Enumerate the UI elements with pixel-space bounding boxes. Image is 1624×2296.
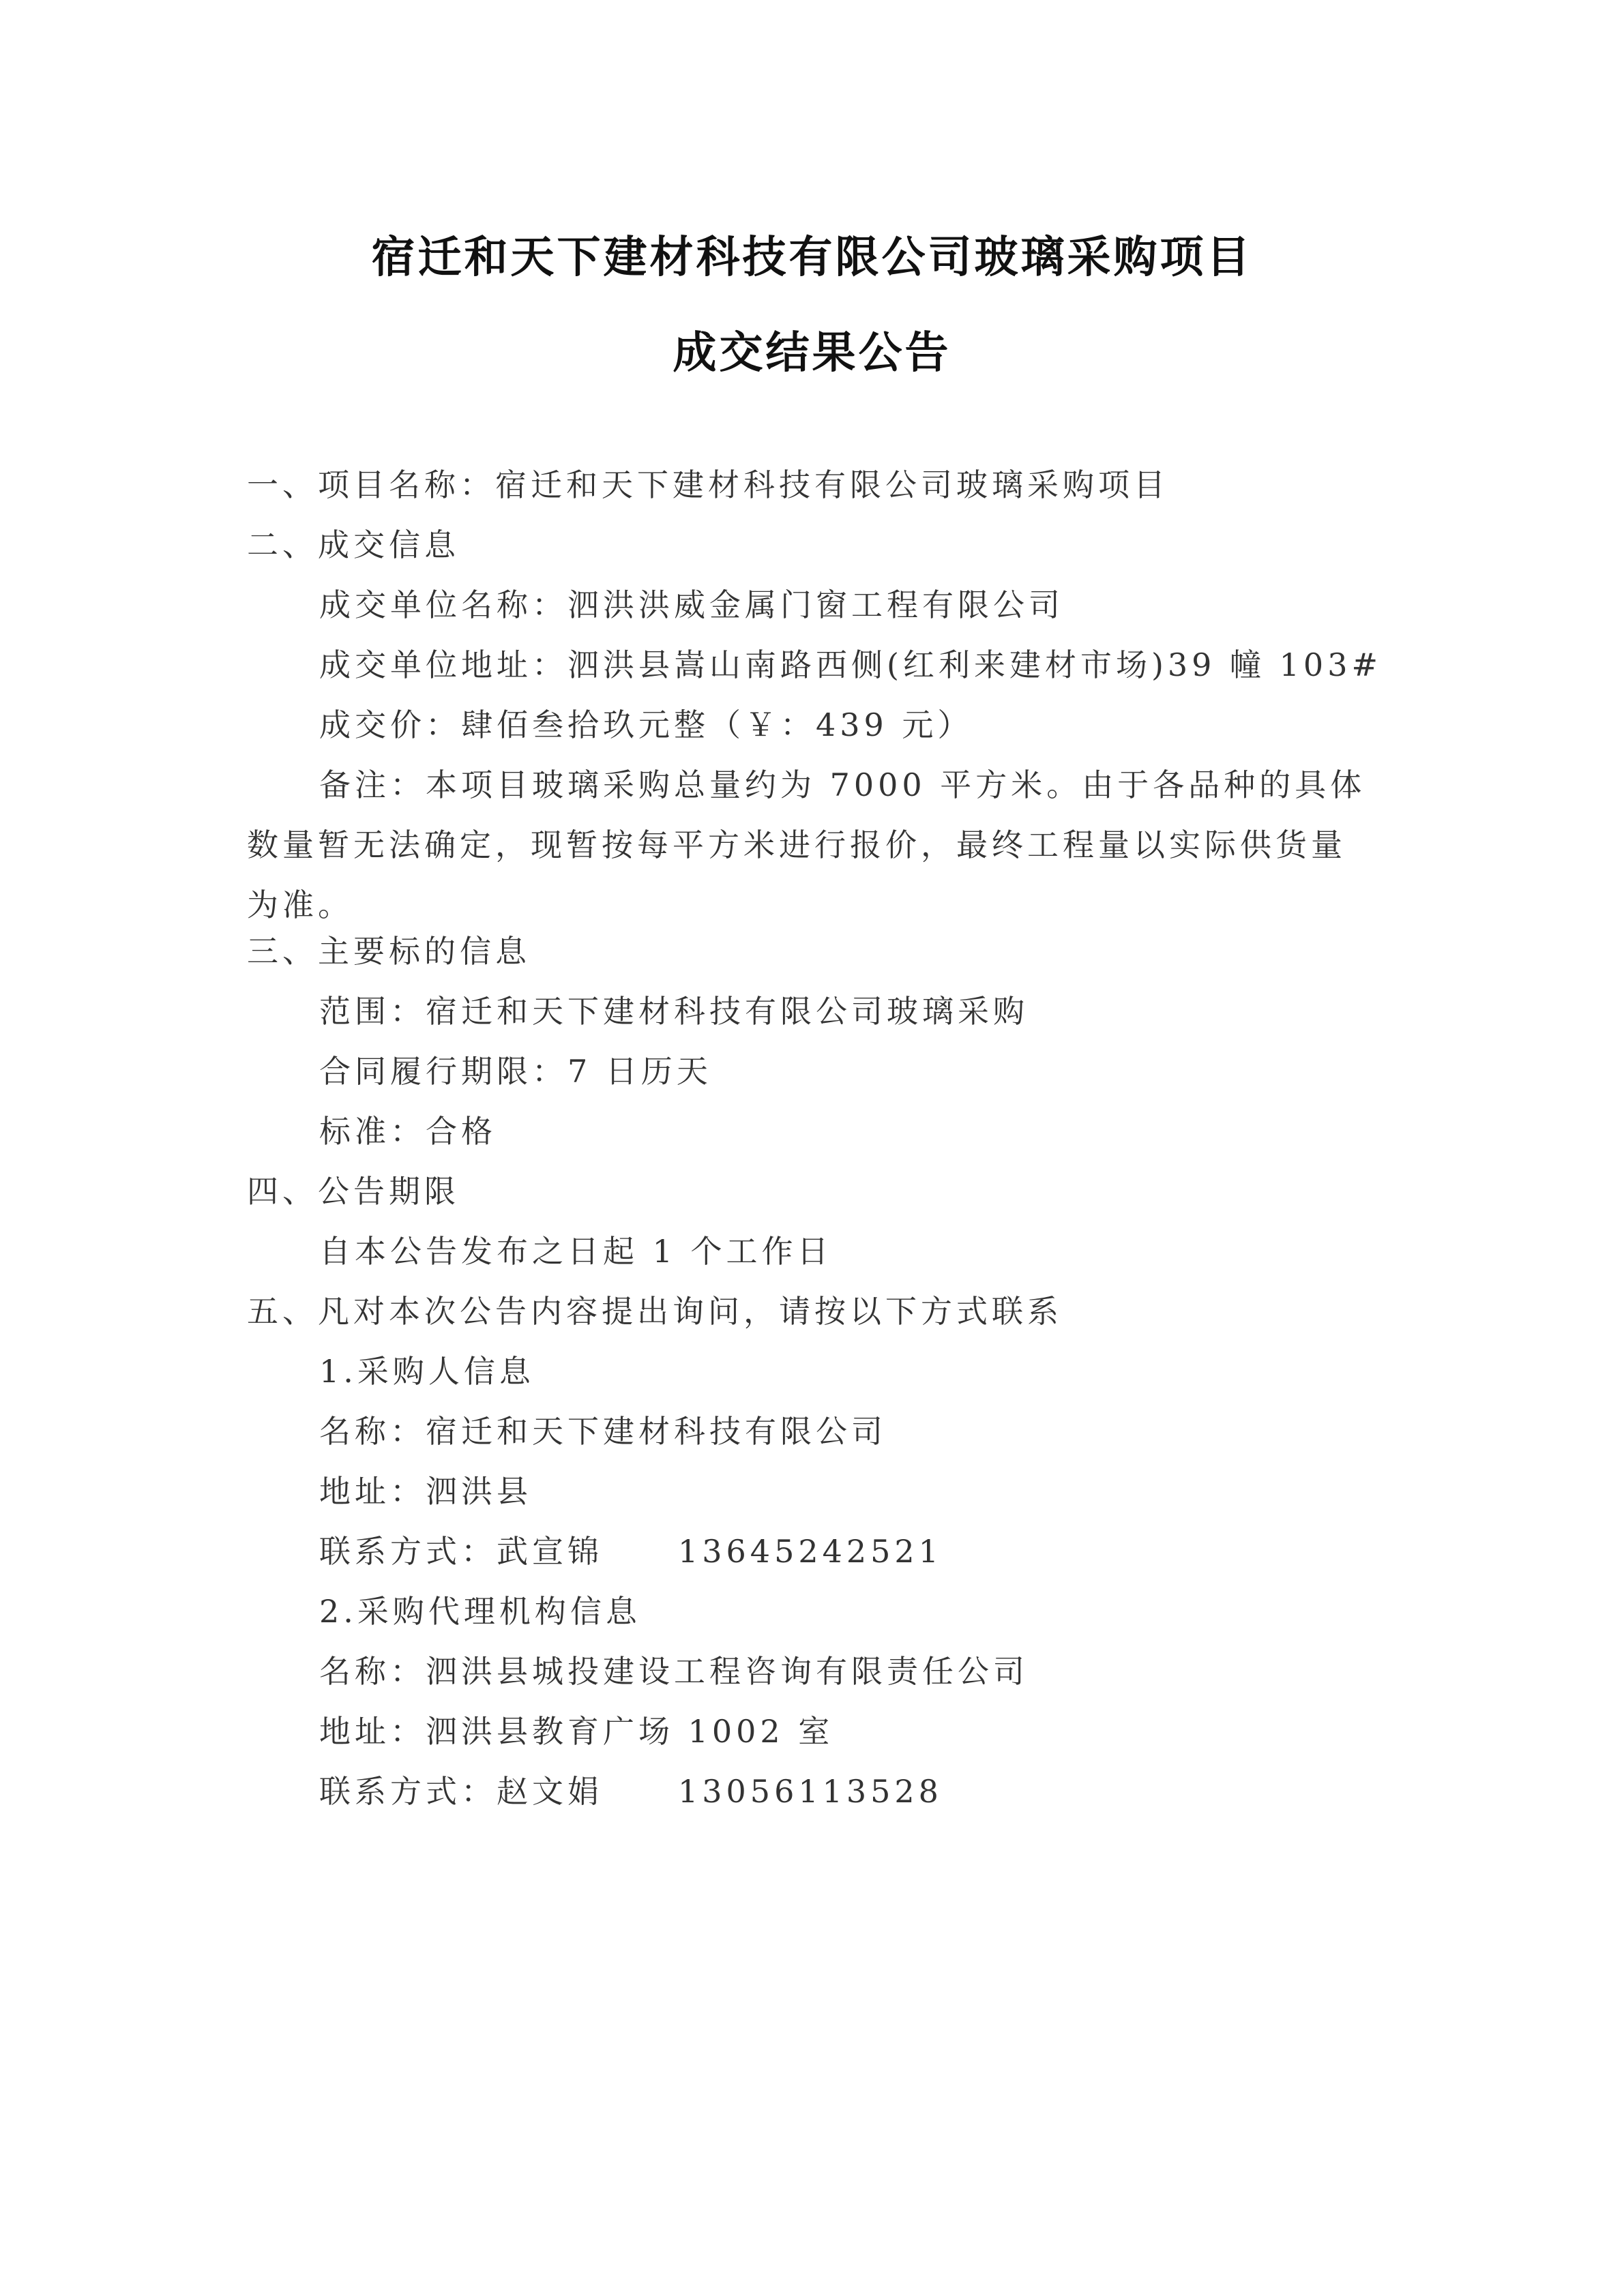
agency-address: 地址：泗洪县教育广场 1002 室 [319,1716,833,1747]
document-page: 宿迁和天下建材科技有限公司玻璃采购项目 成交结果公告 一、项目名称：宿迁和天下建… [0,0,1624,2296]
announcement-period: 自本公告发布之日起 1 个工作日 [319,1236,833,1267]
scope: 范围：宿迁和天下建材科技有限公司玻璃采购 [319,996,1029,1027]
purchaser-address: 地址：泗洪县 [319,1476,532,1507]
agency-contact-phone: 13056113528 [678,1773,943,1810]
document-title-line1: 宿迁和天下建材科技有限公司玻璃采购项目 [0,222,1624,285]
section4-heading: 四、公告期限 [247,1176,460,1207]
agency-heading: 2.采购代理机构信息 [319,1596,641,1627]
purchaser-heading: 1.采购人信息 [319,1356,535,1387]
standard: 标准：合格 [319,1116,497,1147]
agency-contact-label: 联系方式：赵文娟 [319,1773,603,1810]
winner-address: 成交单位地址：泗洪县嵩山南路西侧(红利来建材市场)39 幢 103# [319,649,1382,681]
section5-heading: 五、凡对本次公告内容提出询问，请按以下方式联系 [247,1296,1063,1327]
document-title-line2: 成交结果公告 [0,318,1624,381]
purchaser-contact-phone: 13645242521 [678,1533,943,1570]
agency-name: 名称：泗洪县城投建设工程咨询有限责任公司 [319,1656,1029,1687]
purchaser-contact-label: 联系方式：武宣锦 [319,1533,603,1570]
purchaser-name: 名称：宿迁和天下建材科技有限公司 [319,1416,887,1447]
purchaser-contact: 联系方式：武宣锦13645242521 [319,1536,943,1567]
winning-price: 成交价：肆佰叁拾玖元整（￥：439 元） [319,709,973,741]
winner-name: 成交单位名称：泗洪洪威金属门窗工程有限公司 [319,589,1064,621]
agency-contact: 联系方式：赵文娟13056113528 [319,1776,943,1807]
remark-paragraph: 备注：本项目玻璃采购总量约为 7000 平方米。由于各品种的具体数量暂无法确定，… [247,755,1379,935]
section2-heading: 二、成交信息 [247,529,460,561]
contract-term: 合同履行期限：7 日历天 [319,1056,712,1087]
section1-project-name: 一、项目名称：宿迁和天下建材科技有限公司玻璃采购项目 [247,469,1169,501]
section3-heading: 三、主要标的信息 [247,936,531,967]
